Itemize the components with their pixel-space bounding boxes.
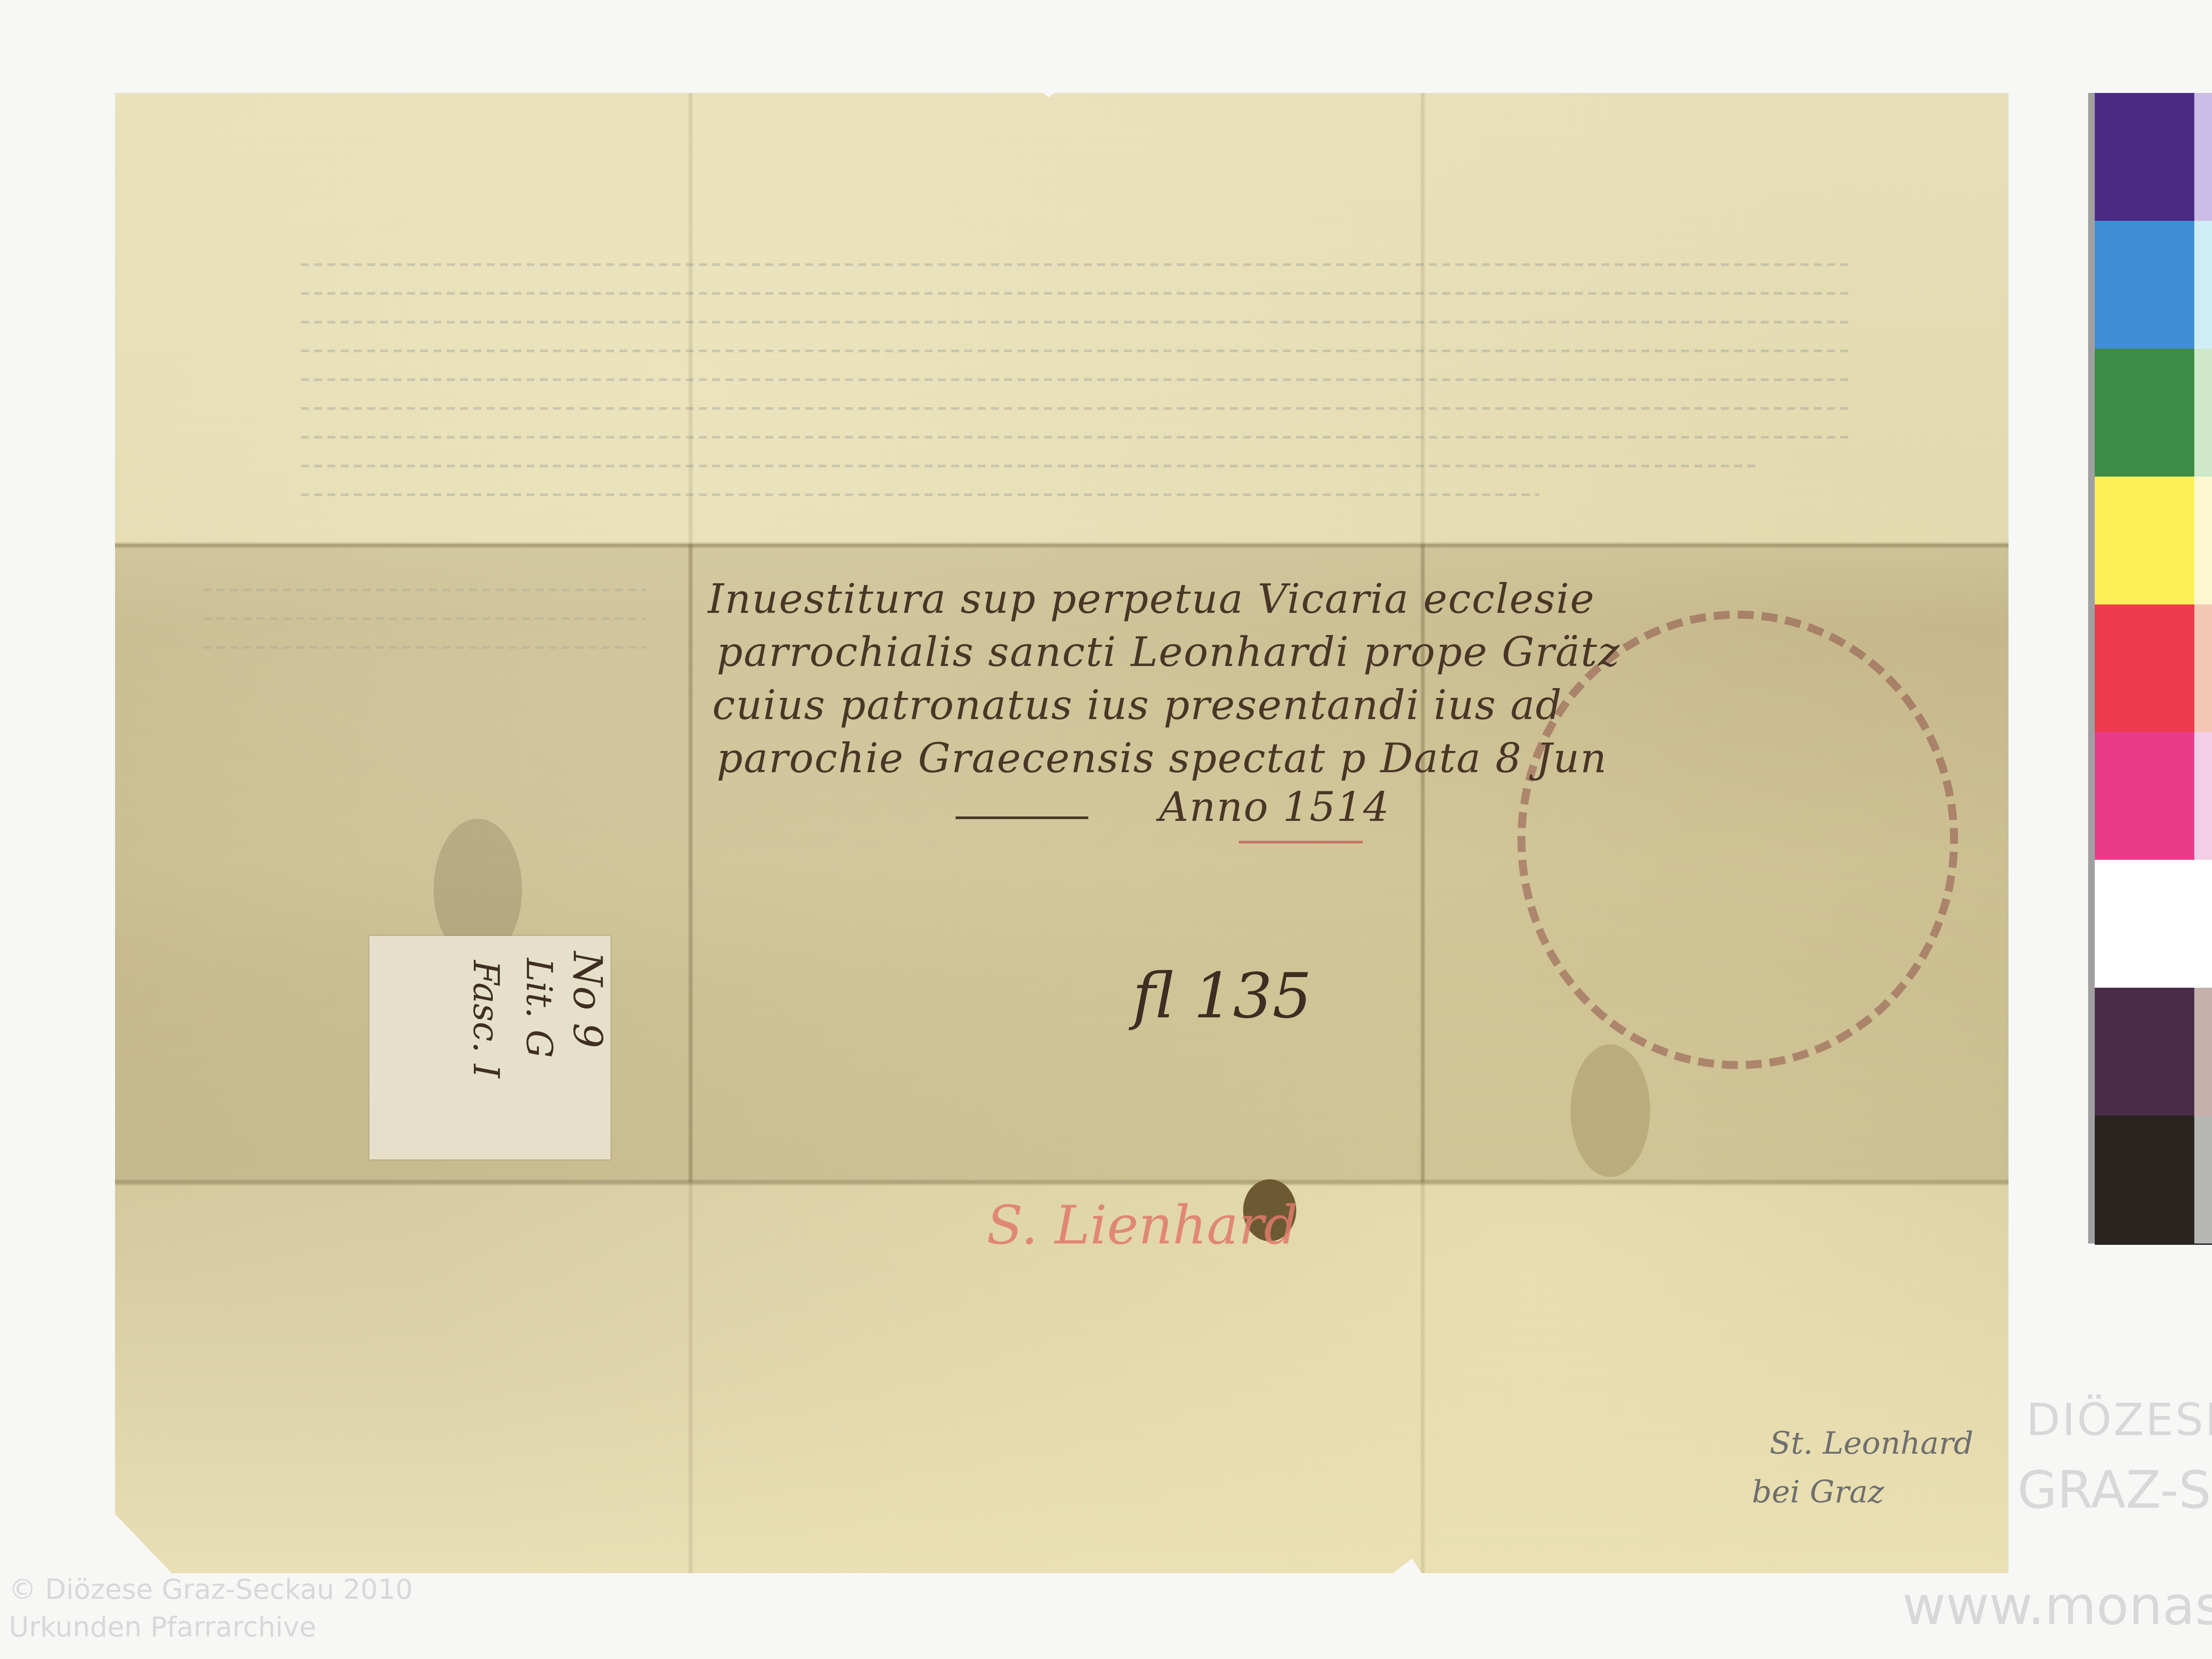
pencil-note-line-1: St. Leonhard xyxy=(1770,1425,1974,1461)
label-line-2: Lit. G xyxy=(518,958,560,1058)
patch-red-light xyxy=(2194,604,2212,734)
patch-3color-dark xyxy=(2095,988,2196,1117)
annotation-line-1: Inuestitura sup perpetua Vicaria ecclesi… xyxy=(708,575,1595,623)
amount-note: fl 135 xyxy=(1133,960,1312,1032)
crease-upper-right xyxy=(1420,93,1425,544)
patch-red-dark xyxy=(2095,604,2196,734)
annotation-line-3: cuius patronatus ius presentandi ius ad xyxy=(712,681,1563,729)
crease-lower-right xyxy=(1420,1182,1425,1573)
annotation-date: Anno 1514 xyxy=(1159,783,1390,831)
logo-text-graz-seckau: GRAZ-SECKAU xyxy=(2017,1460,2212,1520)
fold-line-top xyxy=(115,542,2008,548)
label-line-1: No 9 xyxy=(564,951,611,1048)
patch-magenta-dark xyxy=(2095,732,2196,861)
annotation-line-2: parrochialis sancti Leonhardi prope Grät… xyxy=(717,628,1620,676)
patch-3color-light xyxy=(2194,988,2212,1117)
fold-line-left xyxy=(688,544,693,1182)
collection-watermark: Urkunden Pfarrarchive xyxy=(9,1611,316,1643)
patch-green-light xyxy=(2194,349,2212,478)
patch-cyan-light xyxy=(2194,221,2212,350)
red-pencil-note: S. Lienhard xyxy=(987,1195,1298,1256)
crease-lower-left xyxy=(688,1182,693,1573)
red-underline xyxy=(1239,841,1363,843)
pencil-note-line-2: bei Graz xyxy=(1752,1474,1884,1510)
kodak-color-target: Kodak Color Control Patches © Kodak, 200… xyxy=(2088,93,2212,1243)
patch-blue-dark xyxy=(2095,93,2196,222)
archive-label: No 9 Lit. G Fasc. I xyxy=(369,936,611,1159)
fold-line-bottom xyxy=(115,1179,2008,1186)
parchment-document xyxy=(115,93,2008,1573)
monasterium-url: www.monasterium.net xyxy=(1902,1575,2212,1637)
patch-yellow-light xyxy=(2194,477,2212,606)
patch-black-dark xyxy=(2095,1116,2196,1245)
patch-white xyxy=(2095,860,2212,989)
patch-magenta-light xyxy=(2194,732,2212,861)
label-line-3: Fasc. I xyxy=(465,960,507,1078)
logo-text-dioezese: DIÖZESE xyxy=(2026,1394,2212,1446)
copyright-watermark: © Diözese Graz-Seckau 2010 xyxy=(9,1573,413,1605)
patch-black-light xyxy=(2194,1116,2212,1245)
patch-blue-light xyxy=(2194,93,2212,222)
underline-stroke xyxy=(956,816,1088,819)
annotation-line-4: parochie Graecensis spectat p Data 8 Jun xyxy=(717,735,1607,782)
patch-green-dark xyxy=(2095,349,2196,478)
crease-upper-left xyxy=(688,93,693,544)
patch-cyan-dark xyxy=(2095,221,2196,350)
water-stain xyxy=(1571,1044,1650,1177)
patch-yellow-dark xyxy=(2095,477,2196,606)
seal-stain-ring xyxy=(1517,611,1958,1069)
